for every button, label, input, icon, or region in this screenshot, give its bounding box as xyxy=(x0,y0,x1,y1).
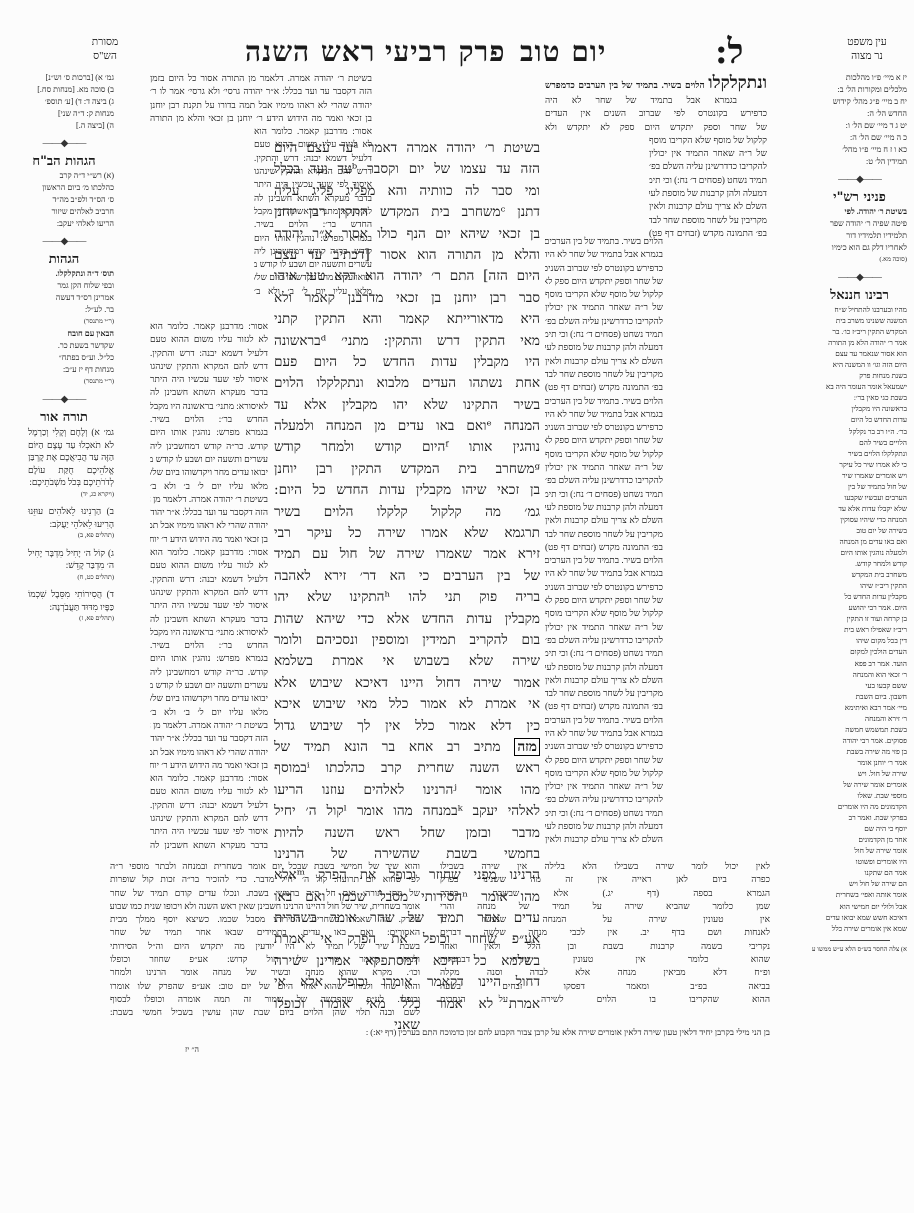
ein-mishpat-line: יח ב מיי׳ פ״ג מהל׳ קידוש xyxy=(812,96,907,108)
tosafot-long-column: הלוים בשיר. בתמיד של בין הערבים כדמפרשבג… xyxy=(545,235,663,847)
gemara-line: תרגמא שלא אמרו שירה כל עיקר רבי xyxy=(274,523,540,544)
tosafot-line: של ר״ה שאחר התמיד אין יכולין xyxy=(545,780,663,793)
hagahot-habach-line: (א) רש״י ד״ה קרב xyxy=(28,170,114,182)
tosafot-line: השלם לא צריך עולם קרבנות ולאין xyxy=(545,674,663,687)
rashi-bottom-line: וכופלו. לע״פ שהפרשה של שמור זה תמה אומרה… xyxy=(110,993,420,1006)
rabbeinu-chananel-line: ואם באו עדים מן המנחה xyxy=(812,536,907,547)
gemara-line: מדבר ובזמן שחל ראש השנה להיות xyxy=(274,823,540,844)
gemara-line: אי אמרת לא אמור כלל מאי שיבוש איכא xyxy=(274,694,540,715)
rabbeinu-chananel-line: מהיו ובערבנו להתחיל ש״ח xyxy=(812,304,907,315)
footnote-divider xyxy=(830,940,890,941)
tosafot-line: דמעלה ולהן קרבנות של מוספת לעלה xyxy=(649,187,767,200)
pninei-rashi-title: פניני רש"י xyxy=(812,192,907,204)
tosafot-line: מקריבין על לשחר מוספת שחר לבד xyxy=(545,368,663,381)
rabbeinu-chananel-line: קודש ולמחר קודש. xyxy=(812,558,907,569)
gemara-line: זירא אמר שאמרו שירה של חול עם תמיד xyxy=(274,544,540,565)
torah-or-source: (תהלים פא, ב) xyxy=(28,530,114,543)
rabbeinu-chananel-line: מוספי שבת. שאלו xyxy=(812,790,907,801)
gemara-line: גמ׳ מה קלקול קלקלו הלוים בשיר xyxy=(274,502,540,523)
rashi-line: דרש להם המקרא והתקין שינהגו xyxy=(150,360,268,373)
rashi-bottom-line: לשם ובנה תלוי שהן הלוים ביום שבת שהן עוש… xyxy=(110,1006,420,1019)
gemara-line: והלא מן התורה הוא אסור [דכתיב עד עצם xyxy=(274,245,540,266)
rabbeinu-chananel-line: עדות החדש כל היום xyxy=(812,414,907,425)
gemara-line: בשיטת ר׳ יהודה אמרה דאמר ᵃעד עצם היום xyxy=(274,138,540,159)
ein-mishpat-line: כא ו ז ח מיי׳ פ״ו מהל׳ xyxy=(812,144,907,156)
ornament-divider-icon: ——◆—— xyxy=(14,394,114,406)
rabbeinu-chananel-line: מקבלין עדות החדש כל xyxy=(812,591,907,602)
masoret-line: ב) סוכה מא. [מנחות סח.] xyxy=(28,84,114,96)
rabbeinu-chananel-line: אומר אותה ואפי׳ בשחרית xyxy=(812,889,907,900)
rabbeinu-chananel-line: משחרב בית המקדש xyxy=(812,569,907,580)
tosafot-bottom-line: לאנחות ושם בדף יב. אין לכבי מנחה שלשה דב… xyxy=(440,926,770,939)
torah-or-section: גמ׳ א) וְלֶחֶם וְקָלִי וְכַרְמֶל לֹא תֹא… xyxy=(14,426,114,626)
gemara-line: היום הזה] התם ר׳ יהודה הוא דקא טעי איהו xyxy=(274,266,540,287)
torah-or-entry: ג) קוֹל ה׳ יָחִיל מִדְבָּר יָחִיל ה׳ מִד… xyxy=(28,547,114,585)
torah-or-entry: ב) הַרְנִינוּ לֵאלֹהִים עוּזֵּנוּ הָרִיע… xyxy=(28,505,114,543)
rashi-long-column: אסור: מדרבנן קאמר. כלומר הואלא לגזור עלי… xyxy=(150,320,268,852)
rashi-line: אסור: מדרבנן קאמר. כלומר הוא xyxy=(150,320,268,333)
torah-or-verse: ב) הַרְנִינוּ לֵאלֹהִים עוּזֵּנוּ הָרִיע… xyxy=(28,506,114,529)
tosafot-line: דמעלה ולהן קרבנות של מוספת לעלה xyxy=(545,341,663,354)
rashi-line: איסור לפי שעד עכשיו היה היתר xyxy=(150,825,268,838)
gemara-line: בן זכאי שיהא יום הנף כולו אסור א״ר יהודה xyxy=(274,224,540,245)
rashi-line: לאיסורא: מתני׳ בראשונה היו מקבלין עדות xyxy=(150,626,268,639)
rashi-bottom-line: והוא שחר ולמחר שהוא אחר היום של יום טוב:… xyxy=(110,980,420,993)
rashi-wide-block: בשיטת ר׳ יהודה אמרה. דלאמר מן התורה אסור… xyxy=(150,72,372,125)
tosafot-bottom-line: בביאה בפ״ב ומאמר דפסקו זבחים בשעה xyxy=(440,980,770,993)
ein-mishpat-label-line2: נר מצוה xyxy=(832,50,902,64)
rabbeinu-chananel-line: הערבים ועכשיו שקבעו xyxy=(812,492,907,503)
rashi-line: בדבר מעקרא השתא חשבינן לה xyxy=(150,386,268,399)
rabbeinu-chananel-line: אמר הם שתקנו xyxy=(812,867,907,878)
rashi-line: הזה דקסבר עד ועד בכלל: א״ר יהודה גרסי׳ ו… xyxy=(150,732,268,745)
rashi-bottom-line: של מתן תורה: ואם חל ר״ה בחמשי בשבת. ונכל… xyxy=(110,887,420,900)
tosafot-line: תמיד נשחט (פסחים ד׳ נח:) וכי תימא xyxy=(545,807,663,820)
tosafot-line: כדפירש בקונטרס לפי שברוב השנים אין העדים xyxy=(545,740,663,753)
tosafot-bottom-line: שהוא כלומר אין טעונין שירה דבמנחות xyxy=(440,953,770,966)
hagahot-habach-line: כהלכתו מ׳ ביום הראשון xyxy=(28,182,114,194)
tosafot-line: של ר״ה שאחר התמיד אין יכולין xyxy=(545,621,663,634)
tosafot-line: השלם לא צריך עולם קרבנות ולאין xyxy=(545,355,663,368)
ein-mishpat-line: החדש הל׳ ה: xyxy=(812,108,907,120)
rashi-bottom: והוא שיר של חמישי בשבת שבכל יום אומר בשח… xyxy=(110,860,420,1020)
chapter-title: פרק רביעי xyxy=(385,36,506,68)
rabbeinu-chananel-line: אחד מן הקדמונים xyxy=(812,834,907,845)
tosafot-line: קלקול של מוסף שלא הקריבו מוסף xyxy=(545,767,663,780)
tosafot-line: השלם לא צריך עולם קרבנות ולאין xyxy=(649,200,767,213)
tosafot-line: של שחר וספק יתקדש היום ספק לא יתקדש ולא xyxy=(545,434,663,447)
tosafot-line: מקריבין על לשחר מוספת שחר לבד xyxy=(545,528,663,541)
hagahot-line: כל״ל. וע״ס בפתח״ xyxy=(28,352,114,364)
ein-mishpat-line: תמידין הל׳ ט: xyxy=(812,156,907,168)
rashi-line: בדבר מעקרא השתא חשבינן לה xyxy=(150,839,268,852)
gemara-line: ומי סבר לה כוותיה והא מפליג פליג עליה xyxy=(274,181,540,202)
rabbeinu-chananel-line: בשבת תמשמש חמשה xyxy=(812,724,907,735)
rabbeinu-chananel-line: המקדש התקין ריב״ז כו׳. בר xyxy=(812,326,907,337)
rashi-line: יבואו עדים מחר ויקדשוהו ביום שלשים xyxy=(150,466,268,479)
rashi-bottom-line: והוא שיר של חמישי בשבת שבכל יום אומר בשח… xyxy=(110,860,420,873)
tosafot-line: של שחר וספק יתקדש היום ספק לא יתקדש ולא xyxy=(545,121,767,134)
gemara-line: היא מדאורייתא קאמר והא התקין קתני xyxy=(274,309,540,330)
rashi-line: עשרים ותשעה יום ושבע לו קודש משום xyxy=(150,679,268,692)
rabbeinu-chananel-line: אבל ולולי יום חמישי הוא xyxy=(812,901,907,912)
rashi-bottom-line: לפי שהוא יום תרועה: קול ה׳ יחיל מדבר. כד… xyxy=(110,873,420,886)
rashi-line: יהודה שהרי לא ראהו מימיו אבל תמה בדורו ע… xyxy=(150,519,268,532)
rabbeinu-chananel-line: המשנה ששנינו משרב בית xyxy=(812,315,907,326)
rashi-line: מלאו עליו יום ל׳ ב׳ ולא ב׳ xyxy=(150,706,268,719)
gemara-line: ראש השנה שחרית קרב כהלכתו ⁱבמוסף xyxy=(274,758,540,779)
ornament-divider-icon: ——◆—— xyxy=(14,236,114,248)
rabbeinu-chananel-line: העדים הולכין למקום xyxy=(812,646,907,657)
tosafot-bottom: לאין יכול לומר שירה בשבילו הלא בלילה אין… xyxy=(440,860,770,1006)
tosafot-line: הלוים בשיר. בתמיד של בין הערבים כדמפרש xyxy=(545,554,663,567)
tosafot-line: בגמרא אבל בתמיד של שחר לא היה xyxy=(545,408,663,421)
mishna-title: יום טוב xyxy=(520,36,606,68)
hagahot-line: בר. לע״ל: xyxy=(28,304,114,316)
rashi-bottom-block: והוא שיר של חמישי בשבת שבכל יום אומר בשח… xyxy=(110,860,420,1020)
rashi-line: אסור: מדרבנן קאמר. כלומר הוא xyxy=(254,125,372,138)
rashi-line: הזה דקסבר עד ועד בכלל: א״ר יהודה גרסי׳ ו… xyxy=(150,506,268,519)
tosafot-line: קלקול של מוסף שלא הקריבו מוסף xyxy=(545,288,663,301)
ein-mishpat-section: יז א מיי׳ פ״ו מהלכות מלכלים ומקורות הל׳ … xyxy=(812,72,907,168)
hagahot-habach-line: ס׳ הס״ד ולפ״ב מה״ד xyxy=(28,194,114,206)
tosafot-line: בגמרא אבל בתמיד של שחר לא היה xyxy=(545,248,663,261)
tosafot-bottom-line: כפרה ביום לאן ראייה אין זה מה ששנינו בפר… xyxy=(440,873,770,886)
tosafot-line: קלקול של מוסף שלא הקריבו מוסף xyxy=(545,607,663,620)
rabbeinu-chananel-line: דאיכא חשש שמא יבואו עדים xyxy=(812,912,907,923)
daf-number: ל: xyxy=(715,32,743,72)
rashi-line: מלאו עליו יום ל׳ ב׳ ולא ב׳ xyxy=(150,480,268,493)
rabbeinu-chananel-line: כי לא אמרו שיר כל עיקר xyxy=(812,459,907,470)
rabbeinu-chananel-line: התקין ריב״ז שיהו xyxy=(812,580,907,591)
rabbeinu-chananel-line: ויש אומרים שאמרו שיר xyxy=(812,470,907,481)
hagahot-habach-title: הגהות הב"ח xyxy=(14,156,114,168)
rabbeinu-chananel-line: שמא אין אומרים שירה כלל xyxy=(812,923,907,934)
rashi-line: החדש בר׳: הלוים בשיר. xyxy=(150,639,268,652)
rabbeinu-chananel-line: הועד. אמר רב פפא xyxy=(812,658,907,669)
rashi-line: דרש להם המקרא והתקין שינהגו xyxy=(150,586,268,599)
rabbeinu-chananel-line: בשירה של יום טוב xyxy=(812,525,907,536)
boxed-word: מזה xyxy=(514,738,540,756)
gemara-line: כין דלא אמור כלל אין לך שיבוש גדול xyxy=(274,716,540,737)
rashi-long-block: אסור: מדרבנן קאמר. כלומר הואלא לגזור עלי… xyxy=(150,320,268,852)
tosafot-line: תמיד נשחט (פסחים ד׳ נח:) וכי תימא xyxy=(545,647,663,660)
tosafot-final-line: בן הני מילי בקרבן יחיד דלאין טעון שירה ד… xyxy=(210,1027,770,1037)
tosafot-column: ונתקלקלו הלוים בשיר. בתמיד של בין הערבים… xyxy=(545,72,767,240)
tosafot-line: דמעלה ולהן קרבנות של מוספת לעלה xyxy=(545,501,663,514)
rabbeinu-chananel-line: אומרים אומר שירה של xyxy=(812,779,907,790)
masoret-hashas-label: מסורת הש"ס xyxy=(70,36,140,64)
tosafot-long-block: הלוים בשיר. בתמיד של בין הערבים כדמפרשבג… xyxy=(545,235,663,847)
gemara-line: מאי התקין דרש והתקין: מתני׳ ᵈבראשונה xyxy=(274,331,540,352)
rabbeinu-chananel-line: הוא אסור שנאמר עד עצם xyxy=(812,348,907,359)
tosafot-line: בגמרא אבל בתמיד של שחר לא היה xyxy=(545,567,663,580)
hagahot-source: (ר״י מתנסר) xyxy=(28,376,114,388)
gemara-line: מקבלין עדות החדש אלא כדי שיהא שהות xyxy=(274,609,540,630)
torah-or-source: (תהלים פא, ז) xyxy=(28,613,114,626)
rabbeinu-chananel-line: ונתקלקלו הלוים בשיר xyxy=(812,448,907,459)
rabbeinu-chananel-line: ולמעלה נוהגין אותו היום xyxy=(812,547,907,558)
tosafot-line: בגמרא אבל בתמיד של שחר לא היה xyxy=(545,727,663,740)
rabbeinu-chananel-line: שירה של חול. ויש xyxy=(812,768,907,779)
gemara-line: נוהגין אותו ᶠהיום קודש ולמחר קודש xyxy=(274,437,540,458)
rashi-line: בשיטת ר׳ יהודה אמרה. דלאמר מן התורה אסור… xyxy=(150,493,268,506)
tosafot-line: הלוים בשיר. בתמיד של בין הערבים כדמפרש xyxy=(545,80,705,90)
rabbeinu-chananel-line: בן קרחה ועוד זו התקין xyxy=(812,613,907,624)
tosafot-bottom-block: לאין יכול לומר שירה בשבילו הלא בלילה אין… xyxy=(440,860,770,1006)
pninei-rashi-line: לאחריו דלק גם הוא כימיו xyxy=(812,242,907,254)
rashi-line: אסור: מדרבנן קאמר. כלומר הוא xyxy=(150,772,268,785)
hagahot-section: תוס׳ ד״ה ונתקלקלו. ובפי שלוח הקן גמר אמר… xyxy=(14,268,114,388)
tosafot-line: בפ׳ התמונה מקדש (זבחים דף פט) xyxy=(545,541,663,554)
tosafot-line: השלם לא צריך עולם קרבנות ולאין xyxy=(545,514,663,527)
rabbeinu-chananel-footnote: א) צלה החסר בש״ס הלא ע״ש ממשו ענין בריה xyxy=(812,944,907,956)
rashi-line: בשיטת ר׳ יהודה אמרה. דלאמר מן התורה אסור… xyxy=(150,72,372,85)
tosafot-line: קלקול של מוסף שלא הקריבו מוסף xyxy=(545,448,663,461)
hagahot-habach-line: הריעו לאלהי יעקב: xyxy=(28,218,114,230)
hagahot-line: ובפי שלוח הקן גמר xyxy=(28,280,114,292)
tosafot-line: הלוים בשיר. בתמיד של בין הערבים כדמפרש xyxy=(545,395,663,408)
tosafot-bottom-line: נקריבי בשמה קרבנות בשבת ובן הלל ולאין וא… xyxy=(440,940,770,953)
pninei-rashi-section: בשיטת ר׳ יהודה. לפי פיטה שפיה ר׳ יהודה ש… xyxy=(812,206,907,266)
rabbeinu-chananel-line: בפרקי שבת. ואמר רב xyxy=(812,812,907,823)
tosafot-narrow-block: קלקול של מוסף שלא הקריבו מוסףשל ר״ה שאחר… xyxy=(649,134,767,240)
gemara-line: היו מקבלין עדות החדש כל היום פעם xyxy=(274,352,540,373)
rashi-line: אסור: מדרבנן קאמר. כלומר הוא xyxy=(150,546,268,559)
gemara-line: דתנן ᶜמשחרב בית המקדש התקין רבן יוחנן xyxy=(274,202,540,223)
hagahot-line: תוס׳ ד״ה ונתקלקלו. xyxy=(28,268,114,280)
rabbeinu-chananel-line: אומר שירה של חול xyxy=(812,845,907,856)
rabbeinu-chananel-line: בראשונה היו מקבלין xyxy=(812,403,907,414)
tosafot-line: הלוים בשיר. בתמיד של בין הערבים כדמפרש xyxy=(545,714,663,727)
pninei-rashi-line: תלמידיו תלמידיו דור xyxy=(812,230,907,242)
tosafot-line: של ר״ה שאחר התמיד אין יכולין xyxy=(545,461,663,474)
hagahot-source: (ר״י מתנסר) xyxy=(28,316,114,328)
tosafot-line: להקריבו כדדרשינן עליה השלם בפ׳ xyxy=(545,474,663,487)
tosafot-bottom-line: שמן כלומר שהביא שירה על תמיד של מנחה והר… xyxy=(440,900,770,913)
gemara-line: לאלהי יעקב ᵏבמנחה מהו אומר ˡקול ה׳ יחיל xyxy=(274,801,540,822)
masoret-hashas-section: גמ׳ א) [ברכות ס׳ וש״נ] ב) סוכה מא. [מנחו… xyxy=(14,72,114,132)
rashi-line: קודש. כר״ה קודש דמחשבינן ליה xyxy=(150,440,268,453)
rashi-line: יהודה שהרי לא ראהו מימיו אבל תמה בדורו ע… xyxy=(150,746,268,759)
rabbeinu-chananel-line: היום הזה וגו׳ וו המשנה היא xyxy=(812,359,907,370)
torah-or-verse: גמ׳ א) וְלֶחֶם וְקָלִי וְכַרְמֶל לֹא תֹא… xyxy=(28,427,114,487)
hagahot-habach-section: (א) רש״י ד״ה קרב כהלכתו מ׳ ביום הראשון ס… xyxy=(14,170,114,230)
tosafot-line: להקריבו כדדרשינן עליה השלם בפ׳ xyxy=(649,160,767,173)
rabbeinu-chananel-title: רבינו חננאל xyxy=(812,290,907,302)
rabbeinu-chananel-line: יוסף כי היה שם xyxy=(812,823,907,834)
rashi-line: איסור לפי שעד עכשיו היה היתר xyxy=(150,373,268,386)
tosafot-line: הלוים בשיר. בתמיד של בין הערבים כדמפרש xyxy=(545,235,663,248)
rashi-line: דלעיל דשמא יבנה: דרש והתקין. xyxy=(150,573,268,586)
gemara-line: אחת נשתהו העדים מלבוא ונתקלקלו הלוים xyxy=(274,373,540,394)
masoret-label-line2: הש"ס xyxy=(70,50,140,64)
tosafot-line: בפ׳ התמונה מקדש (זבחים דף פט) xyxy=(545,381,663,394)
rashi-line: יבואו עדים מחר ויקדשוהו ביום שלשים xyxy=(150,692,268,705)
gemara-line: בריה פוק תני להו ʰהתקינו שלא יהו xyxy=(274,587,540,608)
hagahot-line: מנחות דף יז ע״ב: xyxy=(28,364,114,376)
rashi-line: לא לגזור עליו משום ההוא טעם xyxy=(150,559,268,572)
rabbeinu-chananel-line: דין בכל מקום שיהו xyxy=(812,635,907,646)
rabbeinu-chananel-line: בשנת מנחות פרק xyxy=(812,370,907,381)
rabbeinu-chananel-line: היו אומרים ופשוטו xyxy=(812,856,907,867)
tosafot-line: דמעלה ולהן קרבנות של מוספת לעלה xyxy=(545,661,663,674)
hagahot-line: שקדשר בשעת כר. xyxy=(28,340,114,352)
tosafot-line: קלקול של מוסף שלא הקריבו מוסף xyxy=(649,134,767,147)
tosafot-line: מקריבין על לשחר מוספת שחר לבד xyxy=(649,214,767,227)
hagahot-line: הבאין עם חובח xyxy=(28,328,114,340)
hagahot-habach-line: חרביב לאלהים שיזור xyxy=(28,206,114,218)
gemara-line: בן זכאי שיהו מקבלין עדות החדש כל היום: xyxy=(274,480,540,501)
tractate-title: ראש השנה xyxy=(245,36,375,68)
ornament-divider-icon: ——◆—— xyxy=(812,272,907,284)
pninei-rashi-source: (סוכה מא.) xyxy=(812,254,907,266)
rabbeinu-chananel-line: בשבת כגי סאין בר׳: xyxy=(812,392,907,403)
rabbeinu-chananel-line: ששם קבעו בעי xyxy=(812,680,907,691)
tosafot-line: תמיד נשחט (פסחים ד׳ נח:) וכי תימא xyxy=(649,174,767,187)
tosafot-bottom-line: אין טעונין שירה על המנחה שנעשו בן xyxy=(440,913,770,926)
torah-or-verse: ד) הֲסִירוֹתִי מִסֵּבֶל שִׁכְמוֹ כַּפָּי… xyxy=(28,589,114,612)
page-signature: ה״ יז xyxy=(185,1045,199,1054)
tosafot-line: של שחר וספק יתקדש היום ספק לא יתקדש ולא xyxy=(545,275,663,288)
rashi-line: החדש בר׳: הלוים בשיר. xyxy=(150,413,268,426)
rabbeinu-chananel-line: בר׳. ה״ו רב בר נקלקל xyxy=(812,426,907,437)
rashi-line: איסור לפי שעד עכשיו היה היתר xyxy=(150,599,268,612)
tosafot-line: כדפירש בקונטרס לפי שברוב השנים אין העדים xyxy=(545,262,663,275)
tosafot-line: כדפירש בקונטרס לפי שברוב השנים אין העדים xyxy=(545,107,767,120)
gemara-line: אמור שירה דחול היינו דאיכא שיבוש אלא xyxy=(274,673,540,694)
tosafot-bottom-line: ופ״ח דלא מביאין מנחה אלא לבדה וסנה מקלה xyxy=(440,966,770,979)
gemara-line: של בין הערבים כי הא דר׳ זירא לאהבה xyxy=(274,566,540,587)
rabbeinu-chananel-line: חשבון. ביום השבת xyxy=(812,691,907,702)
torah-or-verse: ג) קוֹל ה׳ יָחִיל מִדְבָּר יָחִיל ה׳ מִד… xyxy=(28,548,114,571)
ein-mishpat-label: עין משפט נר מצוה xyxy=(832,36,902,64)
gemara-line: המנחה ᵉואם באו עדים מן המנחה ולמעלה xyxy=(274,416,540,437)
masoret-line: ג) ביצה ד: ד) [ע׳ תוספ׳ xyxy=(28,96,114,108)
tosafot-line: השלם לא צריך עולם קרבנות ולאין xyxy=(545,833,663,846)
tosafot-bottom-line: לאין יכול לומר שירה בשבילו הלא בלילה אין… xyxy=(440,860,770,873)
tosafot-line: של שחר וספק יתקדש היום ספק לא יתקדש ולא xyxy=(545,754,663,767)
torah-or-entry: ד) הֲסִירוֹתִי מִסֵּבֶל שִׁכְמוֹ כַּפָּי… xyxy=(28,588,114,626)
tosafot-line: תמיד נשחט (פסחים ד׳ נח:) וכי תימא xyxy=(545,328,663,341)
tosafot-first-line: ונתקלקלו הלוים בשיר. בתמיד של בין הערבים… xyxy=(545,72,767,94)
ein-mishpat-label-line1: עין משפט xyxy=(832,36,902,50)
rabbeinu-chananel-section: מהיו ובערבנו להתחיל ש״חהמשנה ששנינו משרב… xyxy=(812,304,907,934)
gemara-line: הזה עד עצמו של יום וקסבר ᵇעד ועד בכלל xyxy=(274,159,540,180)
left-margin: גמ׳ א) [ברכות ס׳ וש״נ] ב) סוכה מא. [מנחו… xyxy=(14,72,114,626)
rashi-bottom-line: הפרק. מה שאמרו בשחרית: הסירותי מסבל שכמו… xyxy=(110,913,420,926)
right-margin: יז א מיי׳ פ״ו מהלכות מלכלים ומקורות הל׳ … xyxy=(812,72,907,956)
rashi-bottom-line: אומר בשחרית, שיר של חול דהיינו הרנינו חש… xyxy=(110,900,420,913)
rashi-bottom-line: ולמחר קאמר שיר של חול קדוש: אע״פ שחוזר ו… xyxy=(110,953,420,966)
tosafot-line: של ר״ה שאחר התמיד אין יכולין xyxy=(545,301,663,314)
tosafot-line: מקריבין על לשחר מוספת שחר לבד xyxy=(545,687,663,700)
rashi-bottom-line: וכו׳. מקרא שהוא מנחה ובשיר של מנחה אומר … xyxy=(110,966,420,979)
ornament-divider-icon: ——◆—— xyxy=(14,138,114,150)
rashi-line: לאיסורא: מתני׳ בראשונה היו מקבלין עדות xyxy=(150,400,268,413)
masoret-line: גמ׳ א) [ברכות ס׳ וש״נ] xyxy=(28,72,114,84)
rashi-line: הזה דקסבר עד ועד בכלל: א״ר יהודה גרסי׳ ו… xyxy=(150,85,372,98)
masoret-line: מנחות ק: ד״ה שני] xyxy=(28,108,114,120)
gemara-line: בום להקריב תמידין ומוספין ונסכיהם ולומר xyxy=(274,630,540,651)
tosafot-bottom-line: ההוא שהקריבו בו הלוים לשירה על הנסכים xyxy=(440,993,770,1006)
rashi-line: עשרים ותשעה יום ושבע לו קודש משום xyxy=(150,453,268,466)
tosafot-line: תמיד נשחט (פסחים ד׳ נח:) וכי תימא xyxy=(545,488,663,501)
tosafot-line: של שחר וספק יתקדש היום ספק לא יתקדש ולא xyxy=(545,594,663,607)
gemara-line: מהו אומר ʲהרנינו לאלהים עוזנו הריעו xyxy=(274,780,540,801)
ein-mishpat-line: יז א מיי׳ פ״ו מהלכות xyxy=(812,72,907,84)
gemara-line: שירה שלא בשבוש אי אמרת בשלמא xyxy=(274,651,540,672)
torah-or-title: תורה אור xyxy=(14,412,114,424)
rabbeinu-chananel-line: ישמעאל אומר העומר היה בא xyxy=(812,381,907,392)
rashi-line: בדבר מעקרא השתא חשבינן לה xyxy=(150,613,268,626)
tosafot-line: בפ׳ התמונה מקדש (זבחים דף פט) xyxy=(545,700,663,713)
rabbeinu-chananel-line: הקדמונים מה היו אומרים xyxy=(812,801,907,812)
rashi-bottom-line: האסורים: ואם באו עדים. בתמידים שבאו אחר … xyxy=(110,926,420,939)
rashi-line: דלעיל דשמא יבנה: דרש והתקין. xyxy=(150,799,268,812)
tosafot-bottom-line: הגמרא בספה (דף יג.) אלא שבשבת בפרק xyxy=(440,887,770,900)
gemara-line: סבר רבן יוחנן בן זכאי מדרבנן קאמר ולא xyxy=(274,288,540,309)
rabbeinu-chananel-line: הם שירה של חול ויש xyxy=(812,878,907,889)
gemara-line: ᵍמשחרב בית המקדש התקין רבן יוחנן xyxy=(274,459,540,480)
ein-mishpat-line: יט ג ד מיי׳ שם הל׳ ו: xyxy=(812,120,907,132)
gemara-line: בשיר התקינו שלא יהו מקבלין אלא עד xyxy=(274,395,540,416)
rashi-line: לא לגזור עליו משום ההוא טעם xyxy=(150,333,268,346)
rabbeinu-chananel-line: ר׳ זירא והמנחה xyxy=(812,713,907,724)
tosafot-line: בפ׳ התמונה מקדש (זבחים דף פט) xyxy=(649,227,767,240)
rashi-line: קודש. כר״ה קודש דמחשבינן ליה xyxy=(150,666,268,679)
torah-or-source: (ויקרא כג, יד) xyxy=(28,489,114,502)
rashi-line: יהודה שהרי לא ראהו מימיו אבל תמה בדורו ע… xyxy=(150,99,372,112)
ein-mishpat-line: מלכלים ומקורות הל׳ ב: xyxy=(812,84,907,96)
rabbeinu-chananel-line: אמר ר׳ יהודה הלא מן התורה xyxy=(812,337,907,348)
rashi-line: בן זכאי ואמר מה הידוש הידע ר׳ יוחנן בן ז… xyxy=(150,759,268,772)
tosafot-line: כדפירש בקונטרס לפי שברוב השנים אין העדים xyxy=(545,581,663,594)
tosafot-line: כדפירש בקונטרס לפי שברוב השנים אין העדים xyxy=(545,421,663,434)
rabbeinu-chananel-line: שלא יקבלו עדות אלא עד xyxy=(812,503,907,514)
rashi-line: בגמרא מפרש: נוהגין אותו היום xyxy=(150,426,268,439)
tosafot-line: דמעלה ולהן קרבנות של מוספת לעלה xyxy=(545,820,663,833)
rabbeinu-chananel-line: של חול בתמיד של בין xyxy=(812,481,907,492)
torah-or-entry: גמ׳ א) וְלֶחֶם וְקָלִי וְכַרְמֶל לֹא תֹא… xyxy=(28,426,114,501)
ornament-divider-icon: ——◆—— xyxy=(812,174,907,186)
masoret-line: ה) [ביצה ה.] xyxy=(28,120,114,132)
rabbeinu-chananel-line: היום. אמר רבי יהושע xyxy=(812,602,907,613)
hagahot-title: הגהות xyxy=(14,254,114,266)
rashi-line: בשיטת ר׳ יהודה אמרה. דלאמר מן התורה אסור… xyxy=(150,719,268,732)
rashi-line: בן זכאי ואמר מה הידוש הידע ר׳ יוחנן בן ז… xyxy=(150,112,372,125)
rabbeinu-chananel-line: פסוקים. אמר רבי יהודה xyxy=(812,735,907,746)
rabbeinu-chananel-line: ריב״ז שאפילו ראש בית xyxy=(812,624,907,635)
tosafot-line: של ר״ה שאחר התמיד אין יכולין xyxy=(649,147,767,160)
rabbeinu-chananel-line: אמר ר׳ יוחנן אומר xyxy=(812,757,907,768)
rabbeinu-chananel-line: בן פזי מה שירה בשבת xyxy=(812,746,907,757)
rashi-line: דרש להם המקרא והתקין שינהגו xyxy=(150,812,268,825)
tosafot-line: להקריבו כדדרשינן עליה השלם בפ׳ xyxy=(545,793,663,806)
rashi-line: לא לגזור עליו משום ההוא טעם xyxy=(150,785,268,798)
tosafot-line: בגמרא אבל בתמיד של שחר לא היה xyxy=(545,94,767,107)
torah-or-source: (תהלים כט, ח) xyxy=(28,572,114,585)
pninei-rashi-line: בשיטת ר׳ יהודה. לפי xyxy=(812,206,907,218)
rabbeinu-chananel-line: מיי׳ אמר רבא ואיתימא xyxy=(812,702,907,713)
tosafot-opener: ונתקלקלו xyxy=(708,73,767,92)
rashi-line: דלעיל דשמא יבנה: דרש והתקין. xyxy=(150,347,268,360)
rabbeinu-chananel-line: הלויים בשיר להם xyxy=(812,437,907,448)
tosafot-line: להקריבו כדדרשינן עליה השלם בפ׳ xyxy=(545,634,663,647)
tosafot-line: להקריבו כדדרשינן עליה השלם בפ׳ xyxy=(545,315,663,328)
rashi-bottom-line: בשבת שיר של תמיד לא היו יודעין מה יתקדש … xyxy=(110,940,420,953)
rabbeinu-chananel-line: ר׳ זכאי הוא והמנחה xyxy=(812,669,907,680)
